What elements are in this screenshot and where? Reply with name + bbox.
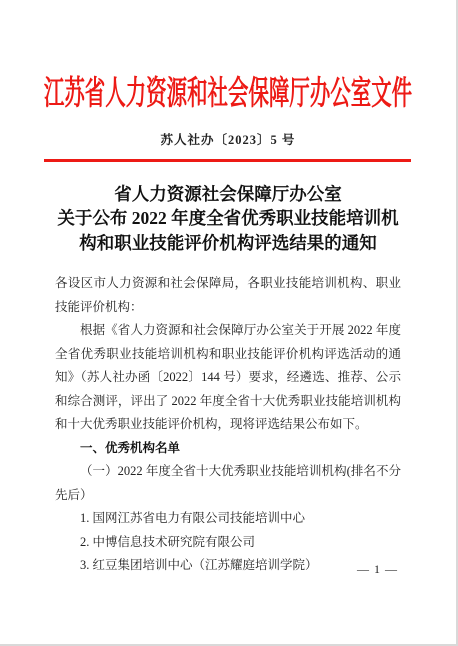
document-title-line-3: 构和职业技能评价机构评选结果的通知 — [0, 231, 456, 256]
document-title-line-1: 省人力资源社会保障厅办公室 — [0, 182, 456, 207]
document-page: 江苏省人力资源和社会保障厅办公室文件 苏人社办〔2023〕5 号 省人力资源社会… — [0, 0, 458, 646]
red-divider-rule — [44, 159, 411, 162]
document-number: 苏人社办〔2023〕5 号 — [0, 132, 456, 148]
page-number: — 1 — — [357, 562, 398, 577]
section-heading: 一、优秀机构名单 — [55, 437, 401, 461]
letterhead-row: 江苏省人力资源和社会保障厅办公室文件 — [0, 76, 456, 112]
document-body: 各设区市人力资源和社会保障局，各职业技能培训机构、职业技能评价机构： 根据《省人… — [55, 272, 401, 578]
letterhead-title: 江苏省人力资源和社会保障厅办公室文件 — [44, 76, 412, 112]
recipients-line: 各设区市人力资源和社会保障局，各职业技能培训机构、职业技能评价机构： — [55, 272, 401, 319]
intro-paragraph: 根据《省人力资源和社会保障厅办公室关于开展 2022 年度全省优秀职业技能培训机… — [55, 319, 401, 437]
list-item-1: 1. 国网江苏省电力有限公司技能培训中心 — [55, 507, 401, 531]
list-item-3: 3. 红豆集团培训中心（江苏耀庭培训学院） — [55, 554, 401, 578]
subsection-heading: （一）2022 年度全省十大优秀职业技能培训机构(排名不分先后） — [55, 460, 401, 507]
document-title-line-2: 关于公布 2022 年度全省优秀职业技能培训机 — [0, 206, 456, 231]
list-item-2: 2. 中博信息技术研究院有限公司 — [55, 531, 401, 555]
document-title: 省人力资源社会保障厅办公室 关于公布 2022 年度全省优秀职业技能培训机 构和… — [0, 182, 456, 256]
